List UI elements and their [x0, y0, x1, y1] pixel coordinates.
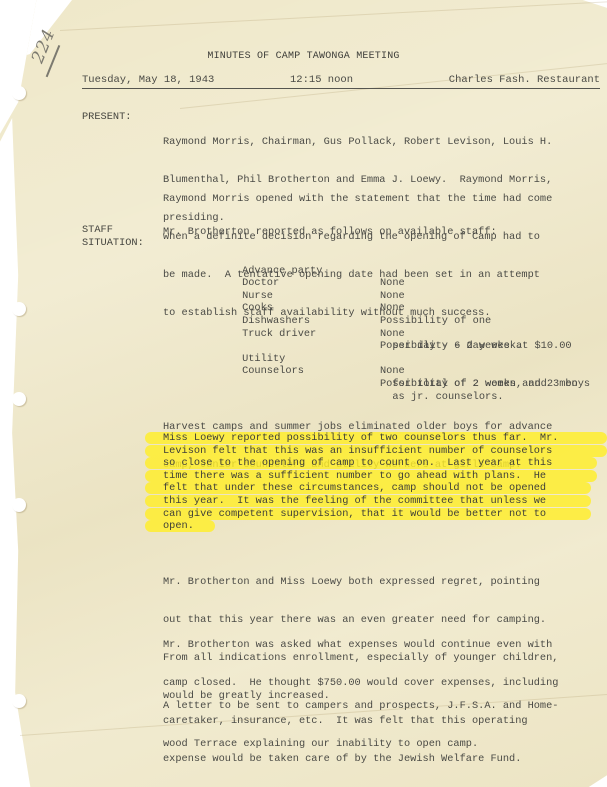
text-line: time there was a sufficient number to go…	[163, 470, 546, 483]
staff-row: Advance party None	[205, 252, 322, 265]
staff-table: Advance party None Doctor None Nurse Non…	[205, 252, 322, 391]
staff-status: for total of 2 weeks, and 3 boys	[380, 378, 590, 391]
staff-row: Doctor None	[205, 265, 322, 278]
meeting-header-line: Tuesday, May 18, 1943 12:15 noon Charles…	[82, 74, 600, 89]
staff-status: per day - 6 day week.	[380, 340, 522, 353]
staff-row: Truck driver Possibility - 2 weeks at $1…	[205, 315, 322, 328]
meeting-location: Charles Fash. Restaurant	[449, 74, 600, 87]
label-line: STAFF	[82, 224, 144, 237]
text-line: felt that under these circumstances, cam…	[163, 482, 546, 495]
document-body: MINUTES OF CAMP TAWONGA MEETING Tuesday,…	[0, 0, 607, 787]
staff-status: None	[380, 290, 405, 303]
text-line: open.	[163, 520, 194, 533]
staff-row: Utility None	[205, 340, 322, 353]
letter-paragraph: A letter to be sent to campers and prosp…	[163, 675, 583, 776]
staff-row-continued: per day - 6 day week.	[205, 328, 322, 341]
staff-row: Counselors Possibility of 2 women and 2 …	[205, 353, 322, 366]
meeting-time: 12:15 noon	[290, 74, 353, 87]
text-line: so close to the opening of camp to count…	[163, 457, 552, 470]
text-line: A letter to be sent to campers and prosp…	[163, 700, 583, 713]
staff-status: None	[380, 365, 405, 378]
staff-row: Dishwashers None	[205, 302, 322, 315]
staff-row: Nurse None	[205, 277, 322, 290]
staff-row: Cooks Possibility of one	[205, 290, 322, 303]
meeting-date: Tuesday, May 18, 1943	[82, 74, 214, 87]
text-line: can give competent supervision, that it …	[163, 508, 546, 521]
present-label: PRESENT:	[82, 111, 131, 124]
text-line: Mr. Brotherton was asked what expenses w…	[163, 639, 583, 652]
text-line: wood Terrace explaining our inability to…	[163, 738, 583, 751]
staff-status: Possibility of one	[380, 315, 491, 328]
staff-situation-label: STAFF SITUATION:	[82, 224, 144, 249]
text-line: this year. It was the feeling of the com…	[163, 495, 546, 508]
staff-intro: Mr. Brotherton reported as follows on av…	[163, 226, 583, 239]
staff-status: None	[380, 302, 405, 315]
document-title: MINUTES OF CAMP TAWONGA MEETING	[0, 51, 607, 64]
text-line: Mr. Brotherton and Miss Loewy both expre…	[163, 576, 583, 589]
text-line: Raymond Morris opened with the statement…	[163, 193, 583, 206]
text-line: Raymond Morris, Chairman, Gus Pollack, R…	[163, 136, 583, 149]
staff-row-continued: as jr. counselors.	[205, 378, 322, 391]
text-line: Levison felt that this was an insufficie…	[163, 445, 552, 458]
text-line: Miss Loewy reported possibility of two c…	[163, 432, 558, 445]
staff-status: None	[380, 328, 405, 341]
staff-status: None	[380, 277, 405, 290]
staff-row-continued: for total of 2 weeks, and 3 boys	[205, 365, 322, 378]
label-line: SITUATION:	[82, 237, 144, 250]
